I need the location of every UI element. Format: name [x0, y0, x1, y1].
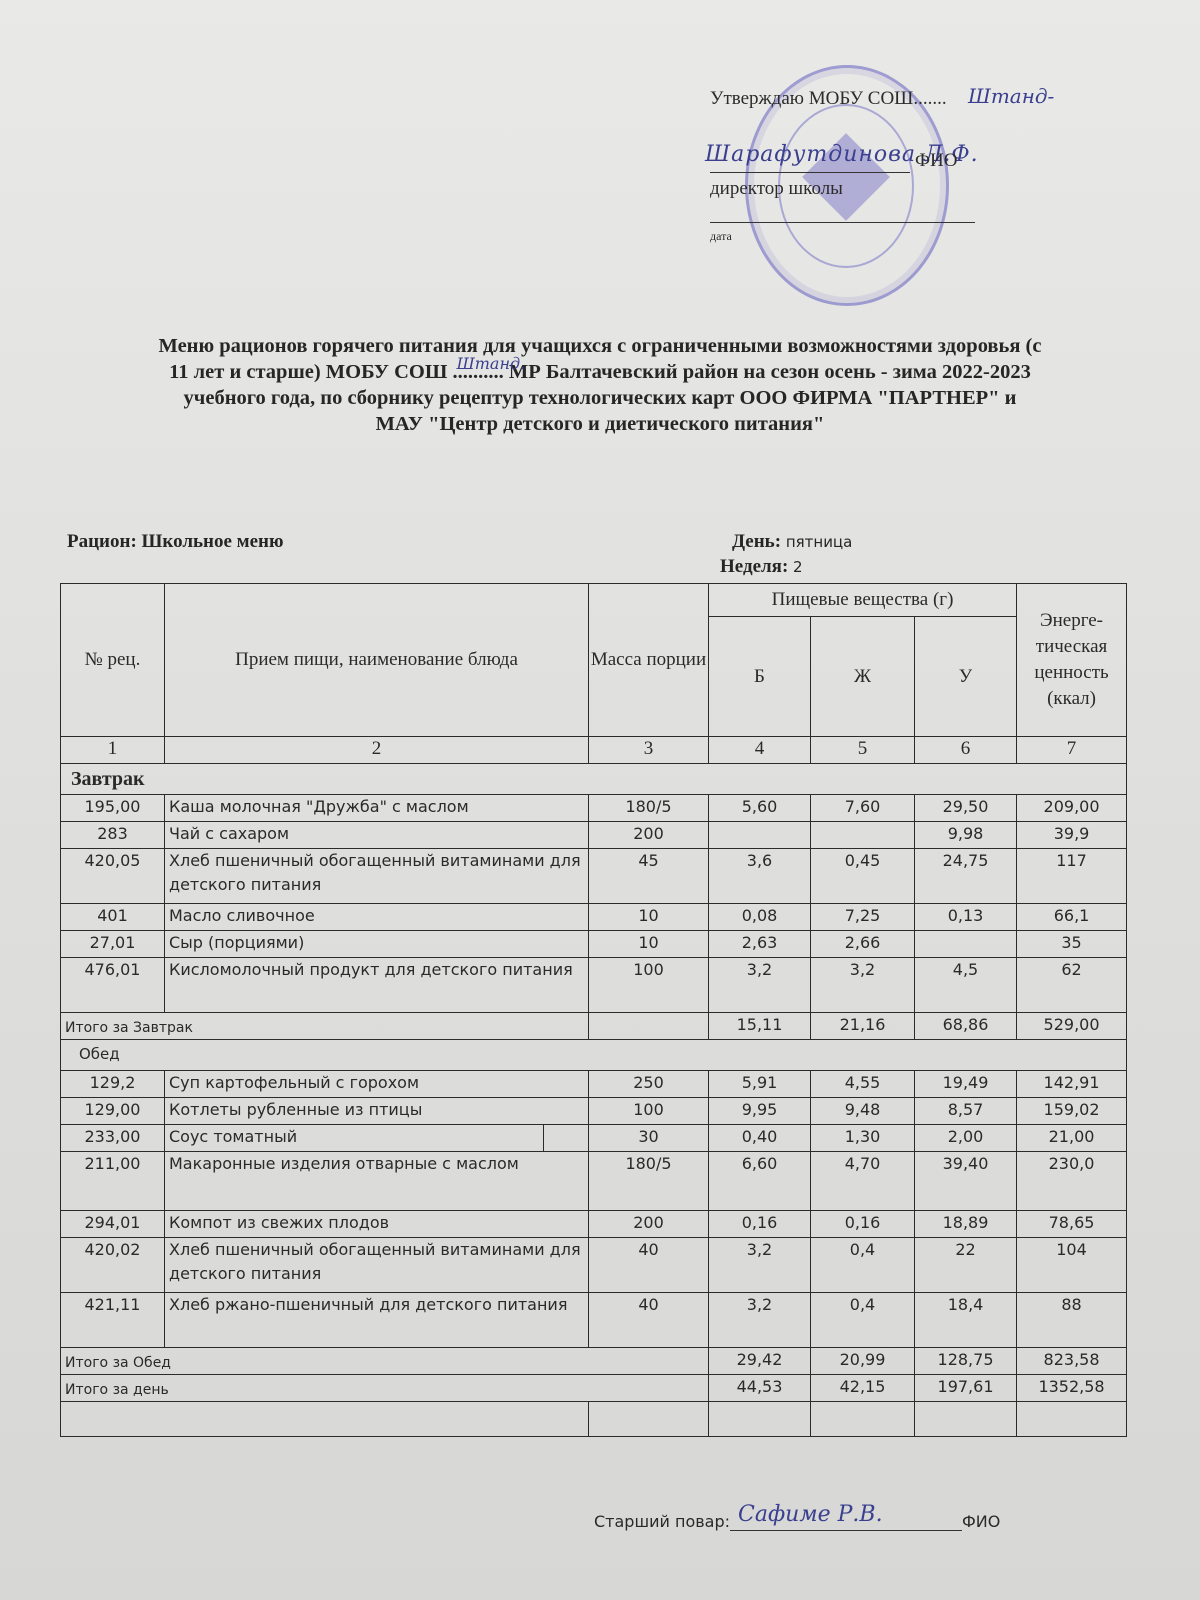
table-row: 233,00 Соус томатный 30 0,40 1,30 2,00 2… [61, 1125, 1127, 1152]
stray-cell-border [543, 1125, 544, 1151]
day-field: День: пятница [732, 531, 852, 553]
breakfast-total-row: Итого за Завтрак 15,11 21,16 68,86 529,0… [61, 1013, 1127, 1040]
table-row: 476,01 Кисломолочный продукт для детског… [61, 958, 1127, 1013]
approve-dots: ....... [913, 88, 946, 109]
day-value: пятница [786, 533, 853, 551]
chef-label: Старший повар: [594, 1512, 730, 1531]
lunch-total-row: Итого за Обед 29,42 20,99 128,75 823,58 [61, 1348, 1127, 1375]
table-row: 129,00 Котлеты рубленные из птицы 100 9,… [61, 1098, 1127, 1125]
signature-underline [710, 172, 910, 173]
table-row: 195,00 Каша молочная "Дружба" с маслом 1… [61, 795, 1127, 822]
table-row: 294,01 Компот из свежих плодов 200 0,16 … [61, 1211, 1127, 1238]
date-underline [710, 222, 975, 223]
header-fat: Ж [811, 617, 915, 737]
title-line-2: 11 лет и старше) МОБУ СОШ ..........Штан… [60, 359, 1140, 385]
table-row: 27,01 Сыр (порциями) 10 2,63 2,66 35 [61, 931, 1127, 958]
table-row: 211,00 Макаронные изделия отварные с мас… [61, 1152, 1127, 1211]
menu-document: Утверждаю МОБУ СОШ....... Штанд- Шарафут… [0, 0, 1200, 1600]
header-carbs: У [915, 617, 1017, 737]
ration-field: Рацион: Школьное меню [67, 531, 284, 553]
header-rec-no: № рец. [61, 584, 165, 737]
chef-fio-label: ФИО [962, 1512, 1000, 1531]
header-energy: Энерге-тическая ценность (ккал) [1017, 584, 1127, 737]
title-line-4: МАУ "Центр детского и диетического питан… [60, 411, 1140, 437]
table-row: 129,2 Суп картофельный с горохом 250 5,9… [61, 1071, 1127, 1098]
approval-block: Утверждаю МОБУ СОШ....... Штанд- Шарафут… [710, 88, 980, 244]
header-dish: Прием пищи, наименование блюда [165, 584, 589, 737]
title-line-3: учебного года, по сборнику рецептур техн… [60, 385, 1140, 411]
chef-signature-block: Старший повар:Сафиме Р.В.ФИО [594, 1512, 1000, 1531]
section-breakfast: Завтрак [61, 764, 1127, 795]
table-row: 420,02 Хлеб пшеничный обогащенный витами… [61, 1238, 1127, 1293]
table-row: 283 Чай с сахаром 200 9,98 39,9 [61, 822, 1127, 849]
column-numbers-row: 1 2 3 4 5 6 7 [61, 737, 1127, 764]
school-name-handwritten-inline: Штанд. [457, 351, 526, 377]
date-label: дата [710, 229, 980, 244]
menu-table: № рец. Прием пищи, наименование блюда Ма… [60, 583, 1127, 1437]
table-row: 420,05 Хлеб пшеничный обогащенный витами… [61, 849, 1127, 904]
week-value: 2 [793, 558, 803, 576]
section-lunch: Обед [61, 1040, 1127, 1071]
title-line-1: Меню рационов горячего питания для учащи… [60, 333, 1140, 359]
document-title: Меню рационов горячего питания для учащи… [60, 333, 1140, 437]
chef-signature: Сафиме Р.В. [738, 1502, 883, 1527]
table-row: 401 Масло сливочное 10 0,08 7,25 0,13 66… [61, 904, 1127, 931]
table-row: 421,11 Хлеб ржано-пшеничный для детского… [61, 1293, 1127, 1348]
school-name-handwritten: Штанд- [968, 84, 1054, 108]
fio-label: ФИО [915, 150, 957, 172]
header-nutrients: Пищевые вещества (г) [709, 584, 1017, 617]
director-role: директор школы [710, 178, 980, 200]
week-field: Неделя: 2 [720, 556, 803, 578]
approve-text: Утверждаю МОБУ СОШ [710, 88, 913, 109]
empty-row [61, 1402, 1127, 1437]
chef-signature-line: Сафиме Р.В. [730, 1512, 962, 1531]
day-total-row: Итого за день 44,53 42,15 197,61 1352,58 [61, 1375, 1127, 1402]
header-mass: Масса порции [589, 584, 709, 737]
header-protein: Б [709, 617, 811, 737]
ration-value: Школьное меню [142, 531, 284, 552]
